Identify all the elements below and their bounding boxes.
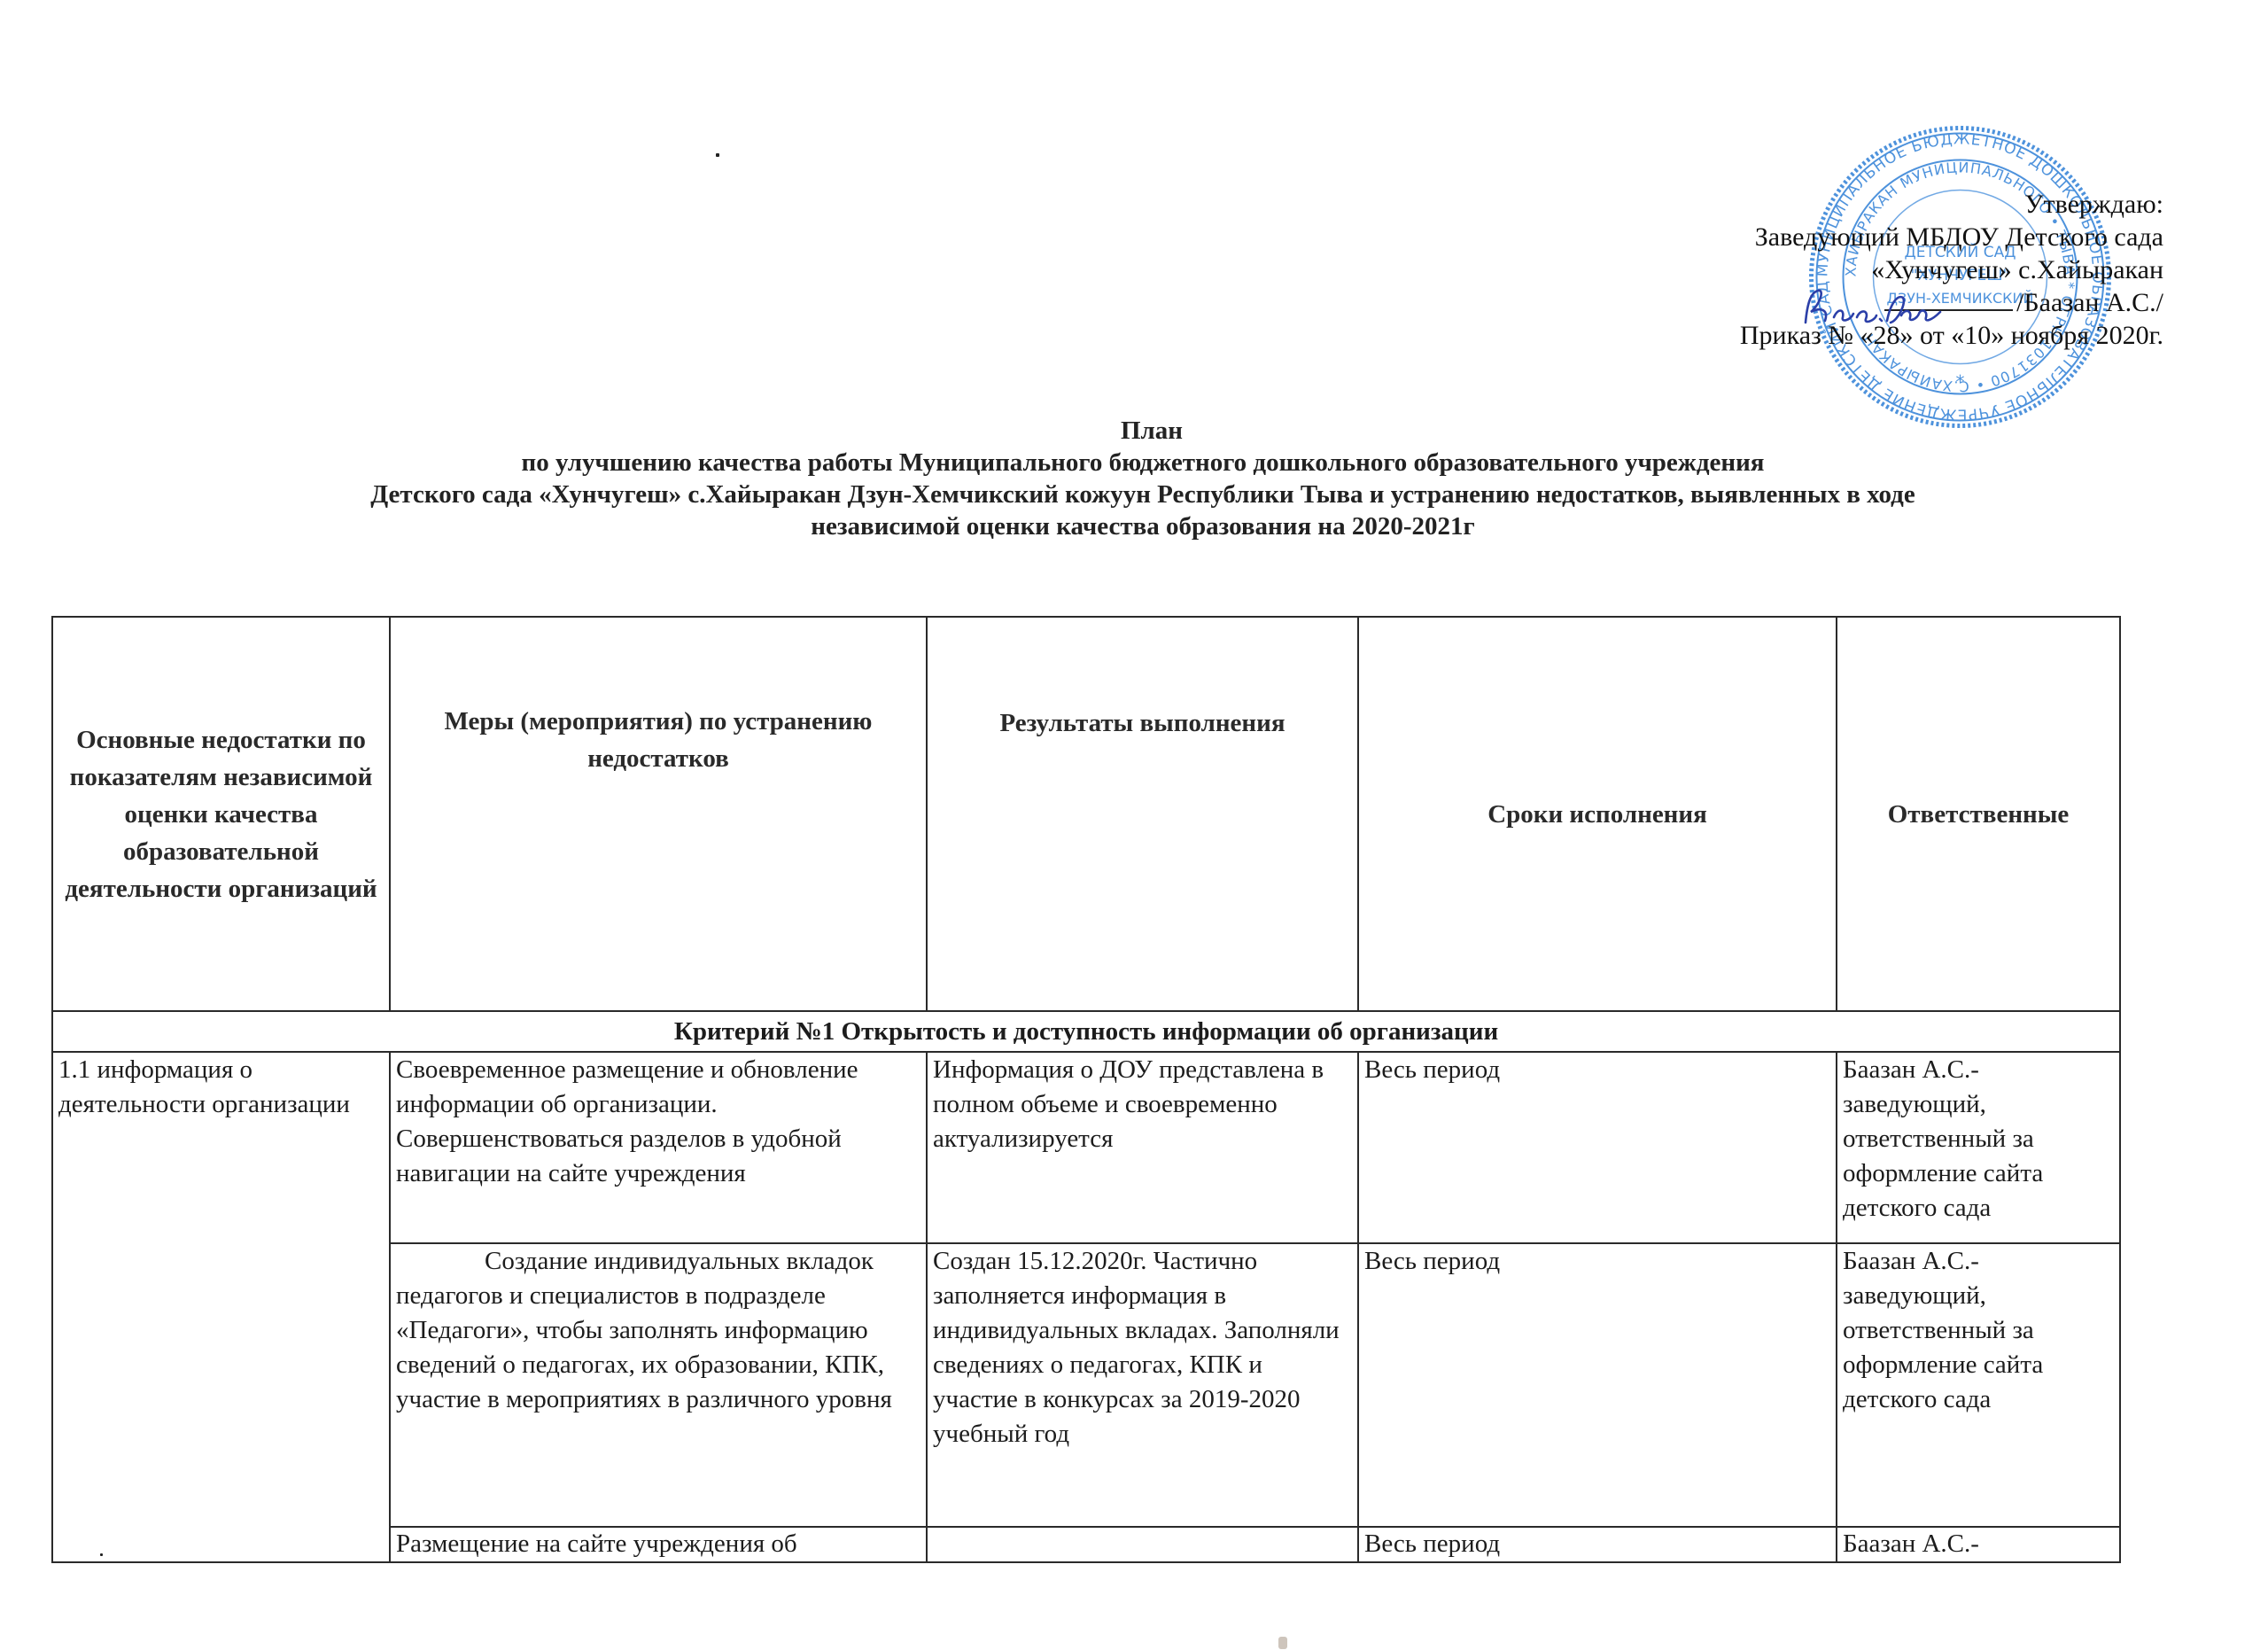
column-header-measures: Меры (мероприятия) по устранению недоста… [390,617,927,1011]
result-cell: Информация о ДОУ представлена в полном о… [927,1052,1358,1243]
svg-text:*: * [1956,371,1965,393]
title-line-4: независимой оценки качества образования … [0,510,2268,542]
responsible-cell: Баазан А.С.- заведующий, ответственный з… [1837,1243,2120,1527]
table-row: 1.1 информация о деятельности организаци… [52,1052,2120,1243]
column-header-results: Результаты выполнения [927,617,1358,1011]
deadline-cell: Весь период [1358,1527,1837,1562]
column-header-deadlines: Сроки исполнения [1358,617,1837,1011]
approver-position: Заведующий МБДОУ Детского сада [1740,221,2163,253]
document-title: План по улучшению качества работы Муници… [0,415,2268,542]
column-header-responsible: Ответственные [1837,617,2120,1011]
measure-cell: Своевременное размещение и обновление ин… [390,1052,927,1243]
title-line-2: по улучшению качества работы Муниципальн… [0,447,2268,479]
result-cell: Создан 15.12.2020г. Частично заполняется… [927,1243,1358,1527]
shortcoming-cell: 1.1 информация о деятельности организаци… [52,1052,390,1562]
plan-table: Основные недостатки по показателям незав… [51,616,2121,1563]
result-cell [927,1527,1358,1562]
table-header-row: Основные недостатки по показателям незав… [52,617,2120,1011]
responsible-cell: Баазан А.С.- [1837,1527,2120,1562]
deadline-cell: Весь период [1358,1052,1837,1243]
title-line-3: Детского сада «Хунчугеш» с.Хайыракан Дзу… [0,479,2268,510]
criterion-title: Критерий №1 Открытость и доступность инф… [52,1011,2120,1052]
measure-cell: Создание индивидуальных вкладок педагого… [390,1243,927,1527]
approval-heading: Утверждаю: [1740,188,2163,221]
approver-name: /Баазан А.С./ [2016,288,2163,317]
column-header-shortcomings: Основные недостатки по показателям незав… [52,617,390,1011]
responsible-cell: Баазан А.С.- заведующий, ответственный з… [1837,1052,2120,1243]
approver-organization: «Хунчугеш» с.Хайыракан [1740,253,2163,286]
measure-cell: Размещение на сайте учреждения об [390,1527,927,1562]
criterion-row: Критерий №1 Открытость и доступность инф… [52,1011,2120,1052]
deadline-cell: Весь период [1358,1243,1837,1527]
signature-icon [1798,285,1945,330]
scan-smudge [1278,1637,1287,1649]
scanned-document-page: МУНИЦИПАЛЬНОЕ БЮДЖЕТНОЕ ДОШКОЛЬНОЕ ОБРАЗ… [0,0,2268,1650]
scan-speck [716,153,719,157]
